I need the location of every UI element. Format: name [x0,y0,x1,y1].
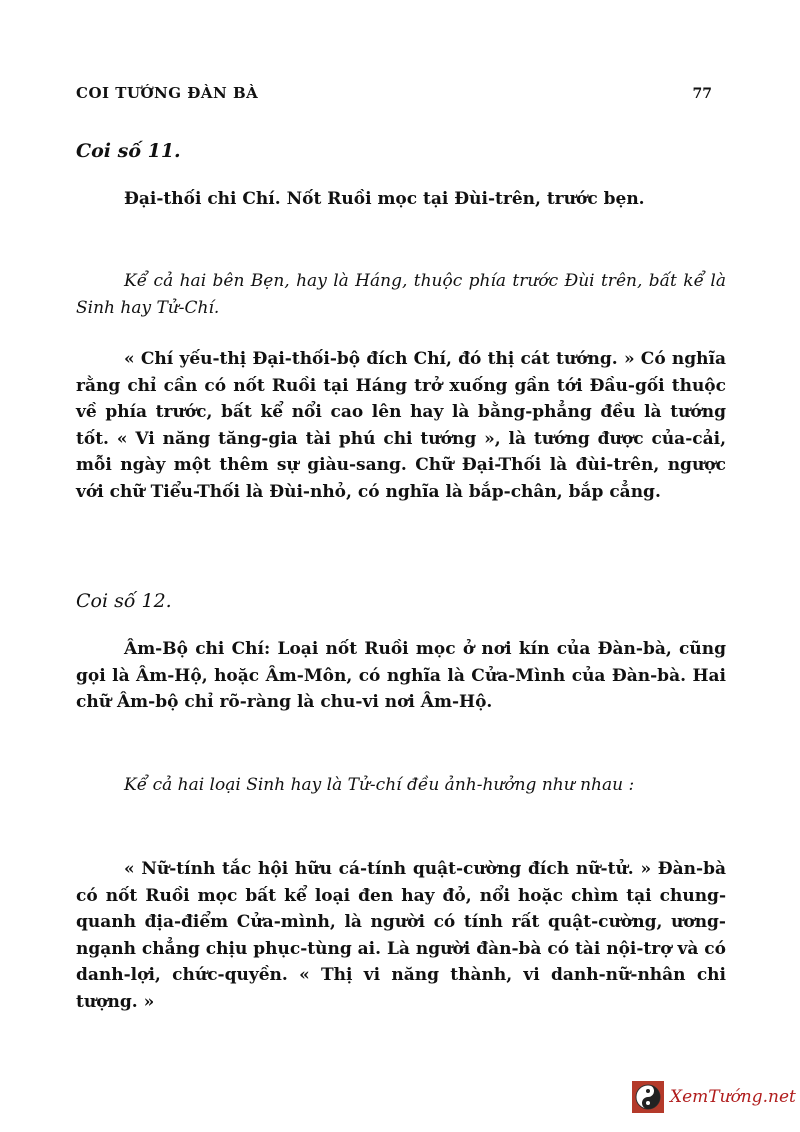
paragraph: Kể cả hai bên Bẹn, hay là Háng, thuộc ph… [76,268,726,321]
section-12-para-3: « Nữ-tính tắc hội hữu cá-tính quật-cường… [76,856,726,1015]
paragraph: « Nữ-tính tắc hội hữu cá-tính quật-cường… [76,856,726,1015]
section-11-para-3: « Chí yếu-thị Đại-thối-bộ đích Chí, đó t… [76,346,726,505]
yin-yang-icon [632,1081,664,1113]
section-11-title-block: Coi số 11. [76,140,726,162]
paragraph: Đại-thối chi Chí. Nốt Ruồi mọc tại Đùi-t… [76,186,726,213]
section-title: Coi số 11. [76,140,726,162]
watermark-logo: XemTướng.net [632,1081,796,1113]
paragraph: « Chí yếu-thị Đại-thối-bộ đích Chí, đó t… [76,346,726,505]
section-11-para-2: Kể cả hai bên Bẹn, hay là Háng, thuộc ph… [76,268,726,321]
page-header: COI TƯỚNG ĐÀN BÀ 77 [76,84,712,102]
watermark-text: XemTướng.net [670,1087,796,1107]
section-title: Coi số 12. [76,590,726,612]
section-12-title-block: Coi số 12. [76,590,726,612]
section-12-para-1: Âm-Bộ chi Chí: Loại nốt Ruồi mọc ở nơi k… [76,636,726,716]
running-head: COI TƯỚNG ĐÀN BÀ [76,84,258,102]
section-12-para-2: Kể cả hai loại Sinh hay là Tử-chí đều ản… [76,772,726,799]
page-number: 77 [693,86,712,102]
paragraph: Kể cả hai loại Sinh hay là Tử-chí đều ản… [76,772,726,799]
section-11-para-1: Đại-thối chi Chí. Nốt Ruồi mọc tại Đùi-t… [76,186,726,213]
paragraph: Âm-Bộ chi Chí: Loại nốt Ruồi mọc ở nơi k… [76,636,726,716]
book-page: COI TƯỚNG ĐÀN BÀ 77 Coi số 11. Đại-thối … [0,0,800,1132]
